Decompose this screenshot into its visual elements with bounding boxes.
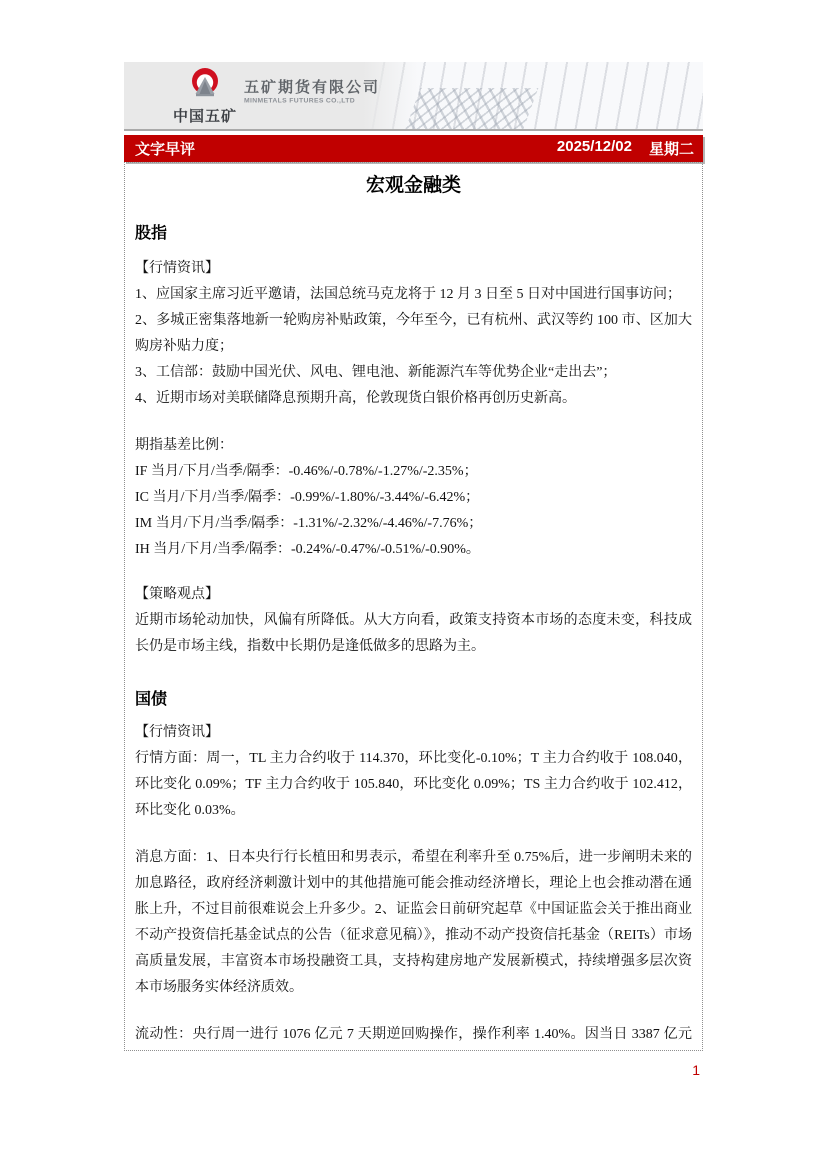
company-name-en: MINMETALS FUTURES CO.,LTD bbox=[244, 97, 355, 104]
report-header: 中国五矿 五矿期货有限公司 MINMETALS FUTURES CO.,LTD bbox=[124, 62, 703, 131]
basis-line-if: IF 当月/下月/当季/隔季：-0.46%/-0.78%/-1.27%/-2.3… bbox=[135, 459, 692, 485]
report-body: 宏观金融类 股指 【行情资讯】 1、应国家主席习近平邀请，法国总统马克龙将于 1… bbox=[124, 162, 703, 1051]
company-name-block: 五矿期货有限公司 MINMETALS FUTURES CO.,LTD bbox=[244, 79, 407, 108]
strategy-text: 近期市场轮动加快，风偏有所降低。从大方向看，政策支持资本市场的态度未变，科技成长… bbox=[135, 608, 692, 660]
minmetals-logo-icon bbox=[186, 67, 224, 103]
page-number: 1 bbox=[124, 1062, 703, 1078]
basis-line-im: IM 当月/下月/当季/隔季：-1.31%/-2.32%/-4.46%/-7.7… bbox=[135, 511, 692, 537]
news-item: 4、近期市场对美联储降息预期升高，伦敦现货白银价格再创历史新高。 bbox=[135, 386, 692, 412]
category-title: 宏观金融类 bbox=[135, 175, 692, 197]
report-page: 中国五矿 五矿期货有限公司 MINMETALS FUTURES CO.,LTD … bbox=[0, 0, 826, 1169]
banner-date-value: 2025/12/02 bbox=[557, 138, 632, 159]
news-item: 3、工信部：鼓励中国光伏、风电、锂电池、新能源汽车等优势企业“走出去”； bbox=[135, 360, 692, 386]
company-logo: 中国五矿 bbox=[166, 67, 244, 125]
banner-title: 文字早评 bbox=[135, 138, 195, 159]
company-name-cn: 五矿期货有限公司 bbox=[244, 79, 407, 97]
section-heading-stock-index: 股指 bbox=[135, 223, 692, 245]
banner-date: 2025/12/02 星期二 bbox=[557, 138, 694, 159]
liquidity-paragraph: 流动性：央行周一进行 1076 亿元 7 天期逆回购操作，操作利率 1.40%。… bbox=[135, 1022, 692, 1051]
logo-text: 中国五矿 bbox=[166, 109, 244, 125]
news-item: 1、应国家主席习近平邀请，法国总统马克龙将于 12 月 3 日至 5 日对中国进… bbox=[135, 282, 692, 308]
building-lattice-detail bbox=[404, 88, 539, 131]
report-document: 中国五矿 五矿期货有限公司 MINMETALS FUTURES CO.,LTD … bbox=[124, 62, 703, 1051]
market-paragraph: 行情方面：周一，TL 主力合约收于 114.370，环比变化-0.10%；T 主… bbox=[135, 746, 692, 824]
news-item: 2、多城正密集落地新一轮购房补贴政策，今年至今，已有杭州、武汉等约 100 市、… bbox=[135, 308, 692, 360]
banner-weekday: 星期二 bbox=[649, 138, 694, 159]
section-heading-treasury-bond: 国债 bbox=[135, 689, 692, 711]
strategy-label: 【策略观点】 bbox=[135, 582, 692, 608]
title-banner: 文字早评 2025/12/02 星期二 bbox=[124, 135, 703, 162]
basis-intro: 期指基差比例： bbox=[135, 433, 692, 459]
basis-line-ic: IC 当月/下月/当季/隔季：-0.99%/-1.80%/-3.44%/-6.4… bbox=[135, 485, 692, 511]
info-label: 【行情资讯】 bbox=[135, 720, 692, 746]
news-paragraph: 消息方面：1、日本央行行长植田和男表示，希望在利率升至 0.75%后，进一步阐明… bbox=[135, 845, 692, 1001]
info-label: 【行情资讯】 bbox=[135, 256, 692, 282]
basis-line-ih: IH 当月/下月/当季/隔季：-0.24%/-0.47%/-0.51%/-0.9… bbox=[135, 537, 692, 563]
